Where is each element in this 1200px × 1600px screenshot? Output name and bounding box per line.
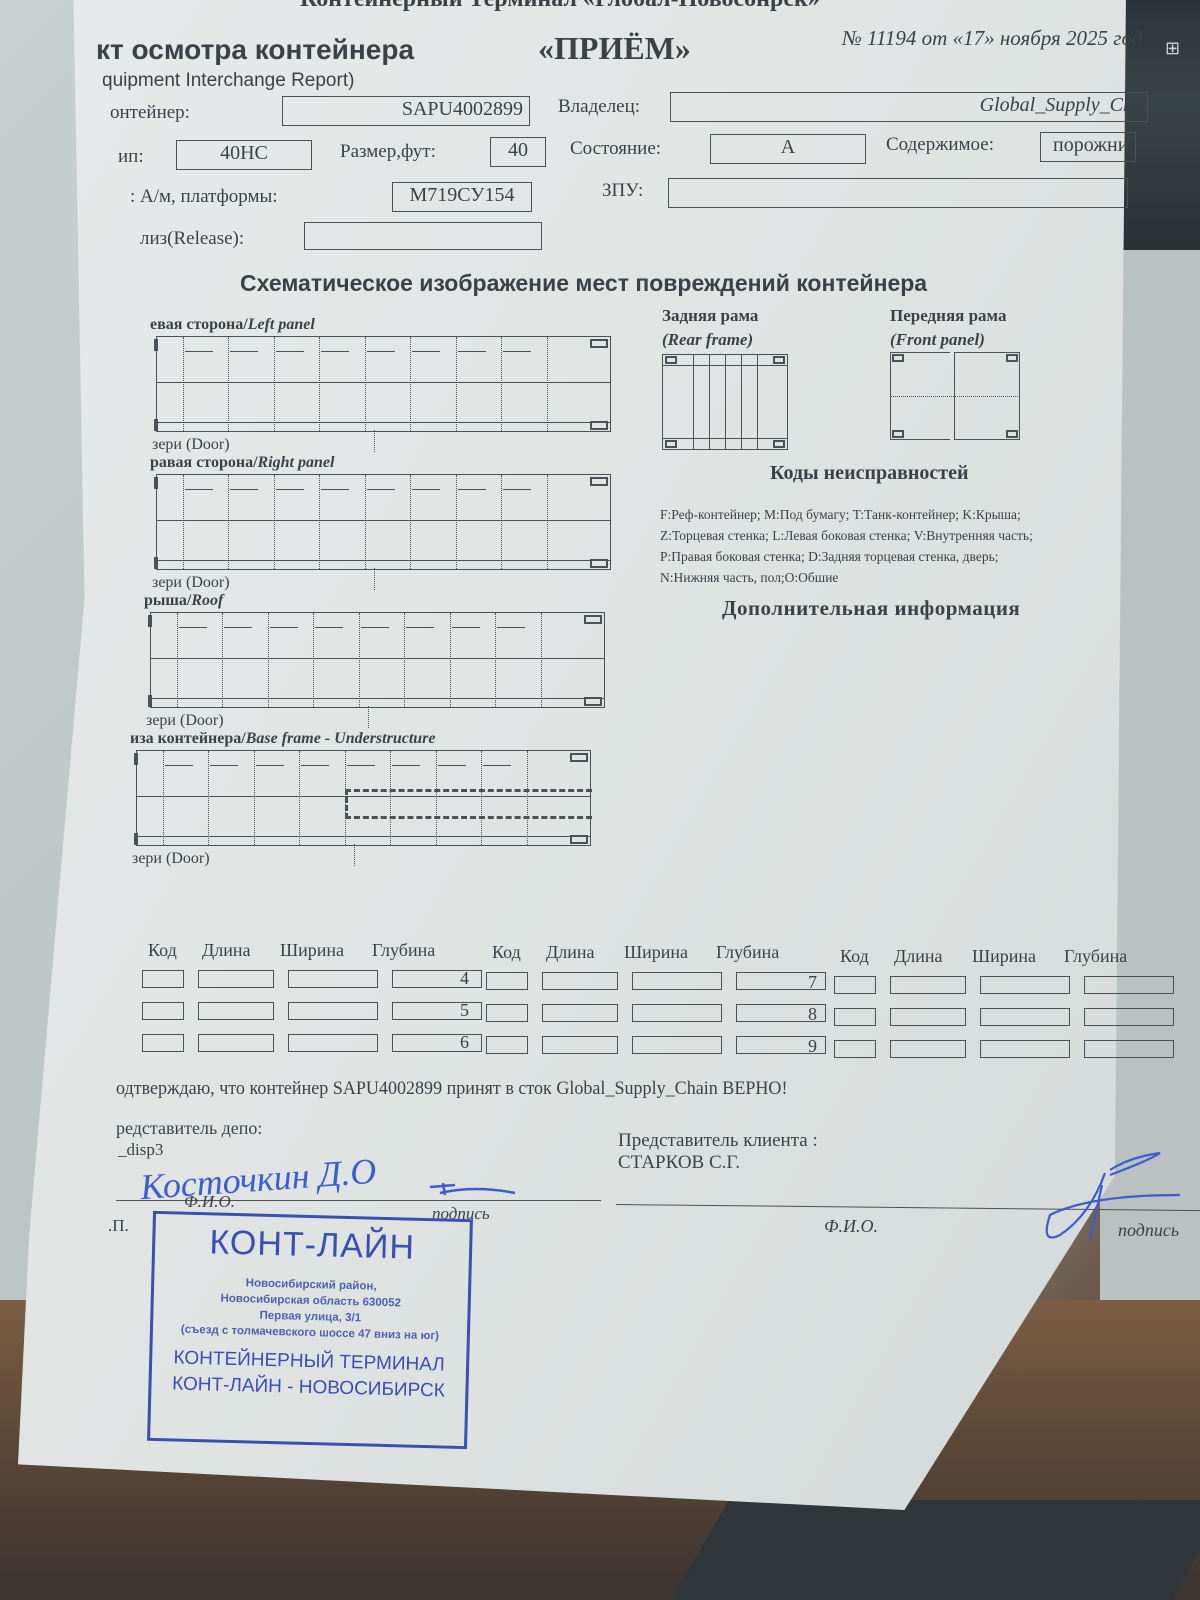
- door-center-marker: [368, 706, 369, 728]
- damage-column-header: Длина: [894, 946, 943, 967]
- size-field[interactable]: 40: [490, 137, 546, 167]
- panel-label-ru: евая сторона/: [150, 316, 248, 333]
- damage-entry-field[interactable]: [198, 1034, 274, 1052]
- container-field[interactable]: SAPU4002899: [282, 96, 530, 126]
- rear-frame-label: Задняя рама: [662, 306, 758, 326]
- document-subtitle: quipment Interchange Report): [102, 70, 354, 92]
- client-name: СТАРКОВ С.Г.: [618, 1152, 740, 1174]
- door-label: зери (Door): [132, 850, 210, 868]
- code-line: F:Реф-контейнер; M:Под бумагу; T:Танк-ко…: [660, 504, 1033, 525]
- panel-label-en: Roof: [191, 592, 223, 609]
- damage-entry-field[interactable]: [980, 1008, 1070, 1026]
- damage-column-header: Ширина: [972, 946, 1036, 967]
- client-signature: [1030, 1145, 1200, 1245]
- damage-row-number: 8: [808, 1004, 817, 1025]
- terminal-header: Контейнерный Терминал «Глобал-Новосонрск…: [300, 0, 820, 13]
- rear-frame-diagram[interactable]: [662, 354, 788, 450]
- panel-label: иза контейнера/Base frame - Understructu…: [130, 730, 436, 748]
- condition-label: Состояние:: [570, 138, 661, 160]
- rear-frame-label-en: (Rear frame): [662, 330, 753, 350]
- damage-entry-field[interactable]: [142, 1002, 184, 1020]
- contents-field[interactable]: порожни: [1040, 132, 1136, 162]
- document-title: кт осмотра контейнера: [96, 34, 414, 66]
- damage-entry-field[interactable]: [834, 1008, 876, 1026]
- damage-column-header: Ширина: [280, 940, 344, 961]
- code-line: P:Правая боковая стенка; D:Задняя торцев…: [660, 546, 1033, 567]
- door-label: зери (Door): [152, 574, 230, 592]
- panel-label: равая сторона/Right panel: [150, 454, 334, 472]
- damage-entry-field[interactable]: [834, 976, 876, 994]
- damage-entry-field[interactable]: [632, 1036, 722, 1054]
- vehicle-label: : А/м, платформы:: [130, 186, 278, 208]
- panel-label-en: Left panel: [248, 316, 315, 333]
- type-value: 40HC: [177, 141, 311, 165]
- seal-label: ЗПУ:: [602, 180, 643, 202]
- damage-entry-field[interactable]: [890, 976, 966, 994]
- damage-entry-field[interactable]: [486, 1036, 528, 1054]
- stamp-terminal: КОНТЕЙНЕРНЫЙ ТЕРМИНАЛ КОНТ-ЛАЙН - НОВОСИ…: [151, 1345, 466, 1405]
- panel-diagram[interactable]: [136, 750, 591, 846]
- door-label: зери (Door): [152, 436, 230, 454]
- vehicle-value: М719СУ154: [393, 183, 531, 207]
- damage-entry-field[interactable]: [288, 970, 378, 988]
- seal-field[interactable]: [668, 178, 1128, 208]
- damage-entry-field[interactable]: [542, 1004, 618, 1022]
- damage-entry-field[interactable]: [1084, 976, 1174, 994]
- damage-row-number: 5: [460, 1000, 469, 1021]
- damage-entry-field[interactable]: [632, 1004, 722, 1022]
- additional-info-title: Дополнительная информация: [722, 596, 1020, 621]
- company-stamp: КОНТ-ЛАЙН Новосибирский район, Новосибир…: [147, 1211, 473, 1449]
- damage-entry-field[interactable]: [632, 972, 722, 990]
- panel-label-en: Base frame - Understructure: [246, 730, 436, 747]
- size-label: Размер,фут:: [340, 141, 436, 163]
- owner-value: Global_Supply_Cha: [980, 93, 1143, 117]
- panel-diagram[interactable]: [156, 336, 611, 432]
- front-panel-diagram[interactable]: [890, 352, 1020, 440]
- release-field[interactable]: [304, 222, 542, 250]
- damage-entry-field[interactable]: [542, 972, 618, 990]
- contents-label: Содержимое:: [886, 134, 994, 156]
- condition-value: A: [711, 135, 865, 159]
- panel-label: евая сторона/Left panel: [150, 316, 315, 334]
- type-label: ип:: [118, 146, 144, 168]
- vehicle-field[interactable]: М719СУ154: [392, 182, 532, 212]
- damage-entry-field[interactable]: [486, 1004, 528, 1022]
- damage-column-header: Глубина: [1064, 946, 1127, 967]
- damage-entry-field[interactable]: [834, 1040, 876, 1058]
- damage-entry-field[interactable]: [198, 1002, 274, 1020]
- code-line: N:Нижняя часть, пол;O:Обшие: [660, 567, 1033, 588]
- schematic-title: Схематическое изображение мест поврежден…: [240, 270, 927, 297]
- damage-entry-field[interactable]: [142, 1034, 184, 1052]
- client-fio-caption: Ф.И.О.: [824, 1216, 878, 1237]
- floor-edge: [671, 1500, 1200, 1600]
- damage-entry-field[interactable]: [1084, 1008, 1174, 1026]
- damage-entry-field[interactable]: [288, 1034, 378, 1052]
- damage-column-header: Код: [492, 942, 521, 963]
- windows-key-icon: ⊞: [1165, 38, 1187, 60]
- codes-list: F:Реф-контейнер; M:Под бумагу; T:Танк-ко…: [660, 504, 1033, 588]
- panel-label: рыша/Roof: [144, 592, 223, 610]
- container-label: онтейнер:: [110, 102, 190, 124]
- panel-label-en: Right panel: [258, 454, 335, 471]
- front-panel-label: Передняя рама: [890, 306, 1007, 326]
- damage-column-header: Длина: [546, 942, 595, 963]
- damage-column-header: Длина: [202, 940, 251, 961]
- owner-label: Владелец:: [558, 96, 640, 118]
- owner-field[interactable]: Global_Supply_Cha: [670, 92, 1148, 122]
- operation-title: «ПРИЁМ»: [538, 30, 691, 67]
- confirmation-text: одтверждаю, что контейнер SAPU4002899 пр…: [116, 1078, 787, 1100]
- document-number: № 11194 от «17» ноября 2025 год: [842, 26, 1142, 51]
- damage-row-number: 6: [460, 1032, 469, 1053]
- damage-entry-field[interactable]: [142, 970, 184, 988]
- damage-row-number: 7: [808, 972, 817, 993]
- damage-column-header: Ширина: [624, 942, 688, 963]
- door-label: зери (Door): [146, 712, 224, 730]
- condition-field[interactable]: A: [710, 134, 866, 164]
- damage-entry-field[interactable]: [1084, 1040, 1174, 1058]
- damage-entry-field[interactable]: [890, 1008, 966, 1026]
- size-value: 40: [491, 138, 545, 162]
- door-center-marker: [354, 844, 355, 866]
- contents-value: порожни: [1053, 133, 1128, 157]
- front-panel-label-en: (Front panel): [890, 330, 985, 350]
- depot-rep-label: редставитель депо:: [116, 1118, 262, 1139]
- damage-column-header: Глубина: [372, 940, 435, 961]
- damage-row-number: 4: [460, 968, 469, 989]
- panel-diagram[interactable]: [156, 474, 611, 570]
- panel-label-ru: равая сторона/: [150, 454, 258, 471]
- damage-column-header: Код: [148, 940, 177, 961]
- panel-label-ru: рыша/: [144, 592, 191, 609]
- stamp-address: Новосибирский район, Новосибирская облас…: [153, 1273, 469, 1345]
- damage-entry-field[interactable]: [542, 1036, 618, 1054]
- door-center-marker: [374, 430, 375, 452]
- panel-label-ru: иза контейнера/: [130, 730, 246, 747]
- stamp-name: КОНТ-ЛАЙН: [155, 1222, 470, 1269]
- damage-entry-field[interactable]: [486, 972, 528, 990]
- damage-entry-field[interactable]: [980, 976, 1070, 994]
- container-value: SAPU4002899: [402, 97, 523, 121]
- panel-diagram[interactable]: [150, 612, 605, 708]
- door-center-marker: [374, 568, 375, 590]
- damage-row-number: 9: [808, 1036, 817, 1057]
- client-rep-label: Представитель клиента :: [618, 1130, 818, 1152]
- codes-title: Коды неисправностей: [770, 462, 969, 485]
- damage-entry-field[interactable]: [890, 1040, 966, 1058]
- mp-label: .П.: [108, 1216, 129, 1236]
- damage-entry-field[interactable]: [288, 1002, 378, 1020]
- damage-entry-field[interactable]: [980, 1040, 1070, 1058]
- damage-entry-field[interactable]: [198, 970, 274, 988]
- code-line: Z:Торцевая стенка; L:Левая боковая стенк…: [660, 525, 1033, 546]
- type-field[interactable]: 40HC: [176, 140, 312, 170]
- depot-fio-caption: Ф.И.О.: [184, 1192, 235, 1212]
- release-label: лиз(Release):: [140, 228, 244, 250]
- depot-user: _disp3: [118, 1140, 163, 1160]
- damage-column-header: Глубина: [716, 942, 779, 963]
- damage-column-header: Код: [840, 946, 869, 967]
